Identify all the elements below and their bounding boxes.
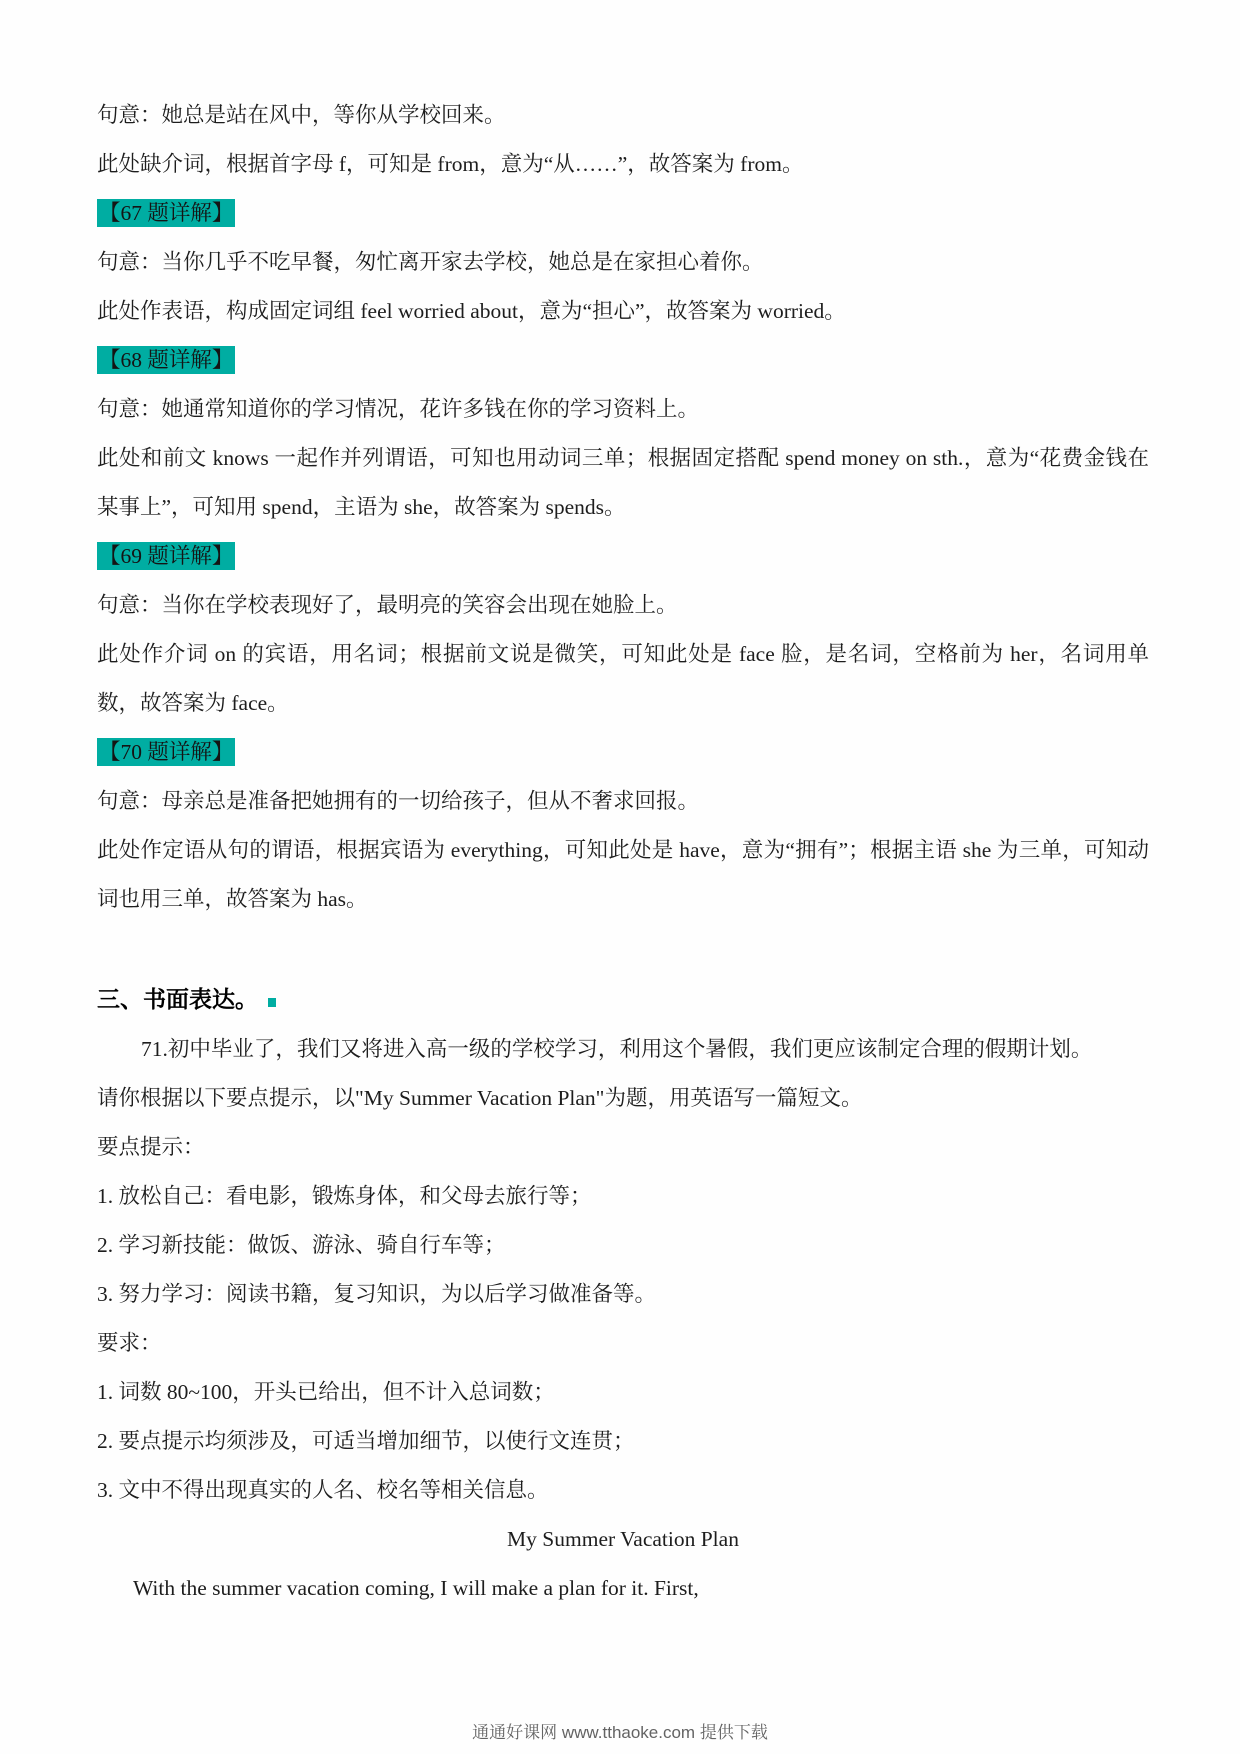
explanation-66-analysis: 此处缺介词，根据首字母 f，可知是 from，意为“从……”，故答案为 from… [97,140,1149,189]
explanation-70-analysis: 此处作定语从句的谓语，根据宾语为 everything，可知此处是 have，意… [97,826,1149,924]
document-body: 句意：她总是站在风中，等你从学校回来。 此处缺介词，根据首字母 f，可知是 fr… [97,91,1149,1613]
requirement-item-2: 2. 要点提示均须涉及，可适当增加细节，以使行文连贯； [97,1417,1149,1466]
writing-prompt-line-2: 请你根据以下要点提示，以"My Summer Vacation Plan"为题，… [97,1074,1149,1123]
question-69-marker: 【69 题详解】 [97,542,235,570]
question-67-marker-row: 【67 题详解】 [97,189,1149,238]
explanation-70-sentence: 句意：母亲总是准备把她拥有的一切给孩子，但从不奢求回报。 [97,777,1149,826]
question-70-marker: 【70 题详解】 [97,738,235,766]
hint-item-1: 1. 放松自己：看电影，锻炼身体，和父母去旅行等； [97,1172,1149,1221]
requirement-item-1: 1. 词数 80~100，开头已给出，但不计入总词数； [97,1368,1149,1417]
question-69-marker-row: 【69 题详解】 [97,532,1149,581]
explanation-69-analysis: 此处作介词 on 的宾语，用名词；根据前文说是微笑，可知此处是 face 脸，是… [97,630,1149,728]
essay-title: My Summer Vacation Plan [97,1515,1149,1564]
question-68-marker: 【68 题详解】 [97,346,235,374]
explanation-68-sentence: 句意：她通常知道你的学习情况，花许多钱在你的学习资料上。 [97,385,1149,434]
hint-item-3: 3. 努力学习：阅读书籍，复习知识，为以后学习做准备等。 [97,1270,1149,1319]
explanation-68-analysis: 此处和前文 knows 一起作并列谓语，可知也用动词三单；根据固定搭配 spen… [97,434,1149,532]
explanation-69-sentence: 句意：当你在学校表现好了，最明亮的笑容会出现在她脸上。 [97,581,1149,630]
explanation-67-analysis: 此处作表语，构成固定词组 feel worried about，意为“担心”，故… [97,287,1149,336]
writing-section-heading-row: 三、书面表达。 [97,975,1149,1025]
writing-prompt-line-1: 71.初中毕业了，我们又将进入高一级的学校学习，利用这个暑假，我们更应该制定合理… [97,1025,1149,1074]
explanation-67-sentence: 句意：当你几乎不吃早餐，匆忙离开家去学校，她总是在家担心着你。 [97,238,1149,287]
question-70-marker-row: 【70 题详解】 [97,728,1149,777]
question-68-marker-row: 【68 题详解】 [97,336,1149,385]
essay-opening-line: With the summer vacation coming, I will … [97,1564,1149,1613]
footer-watermark: 通通好课网 www.tthaoke.com 提供下载 [0,1718,1240,1743]
hint-item-2: 2. 学习新技能：做饭、游泳、骑自行车等； [97,1221,1149,1270]
requirements-label: 要求： [97,1319,1149,1368]
hints-label: 要点提示： [97,1123,1149,1172]
document-page: 句意：她总是站在风中，等你从学校回来。 此处缺介词，根据首字母 f，可知是 fr… [0,0,1240,1754]
question-67-marker: 【67 题详解】 [97,199,235,227]
writing-section-heading: 三、书面表达。 [97,987,258,1012]
highlight-mark-icon [268,998,276,1007]
requirement-item-3: 3. 文中不得出现真实的人名、校名等相关信息。 [97,1466,1149,1515]
explanation-66-sentence: 句意：她总是站在风中，等你从学校回来。 [97,91,1149,140]
